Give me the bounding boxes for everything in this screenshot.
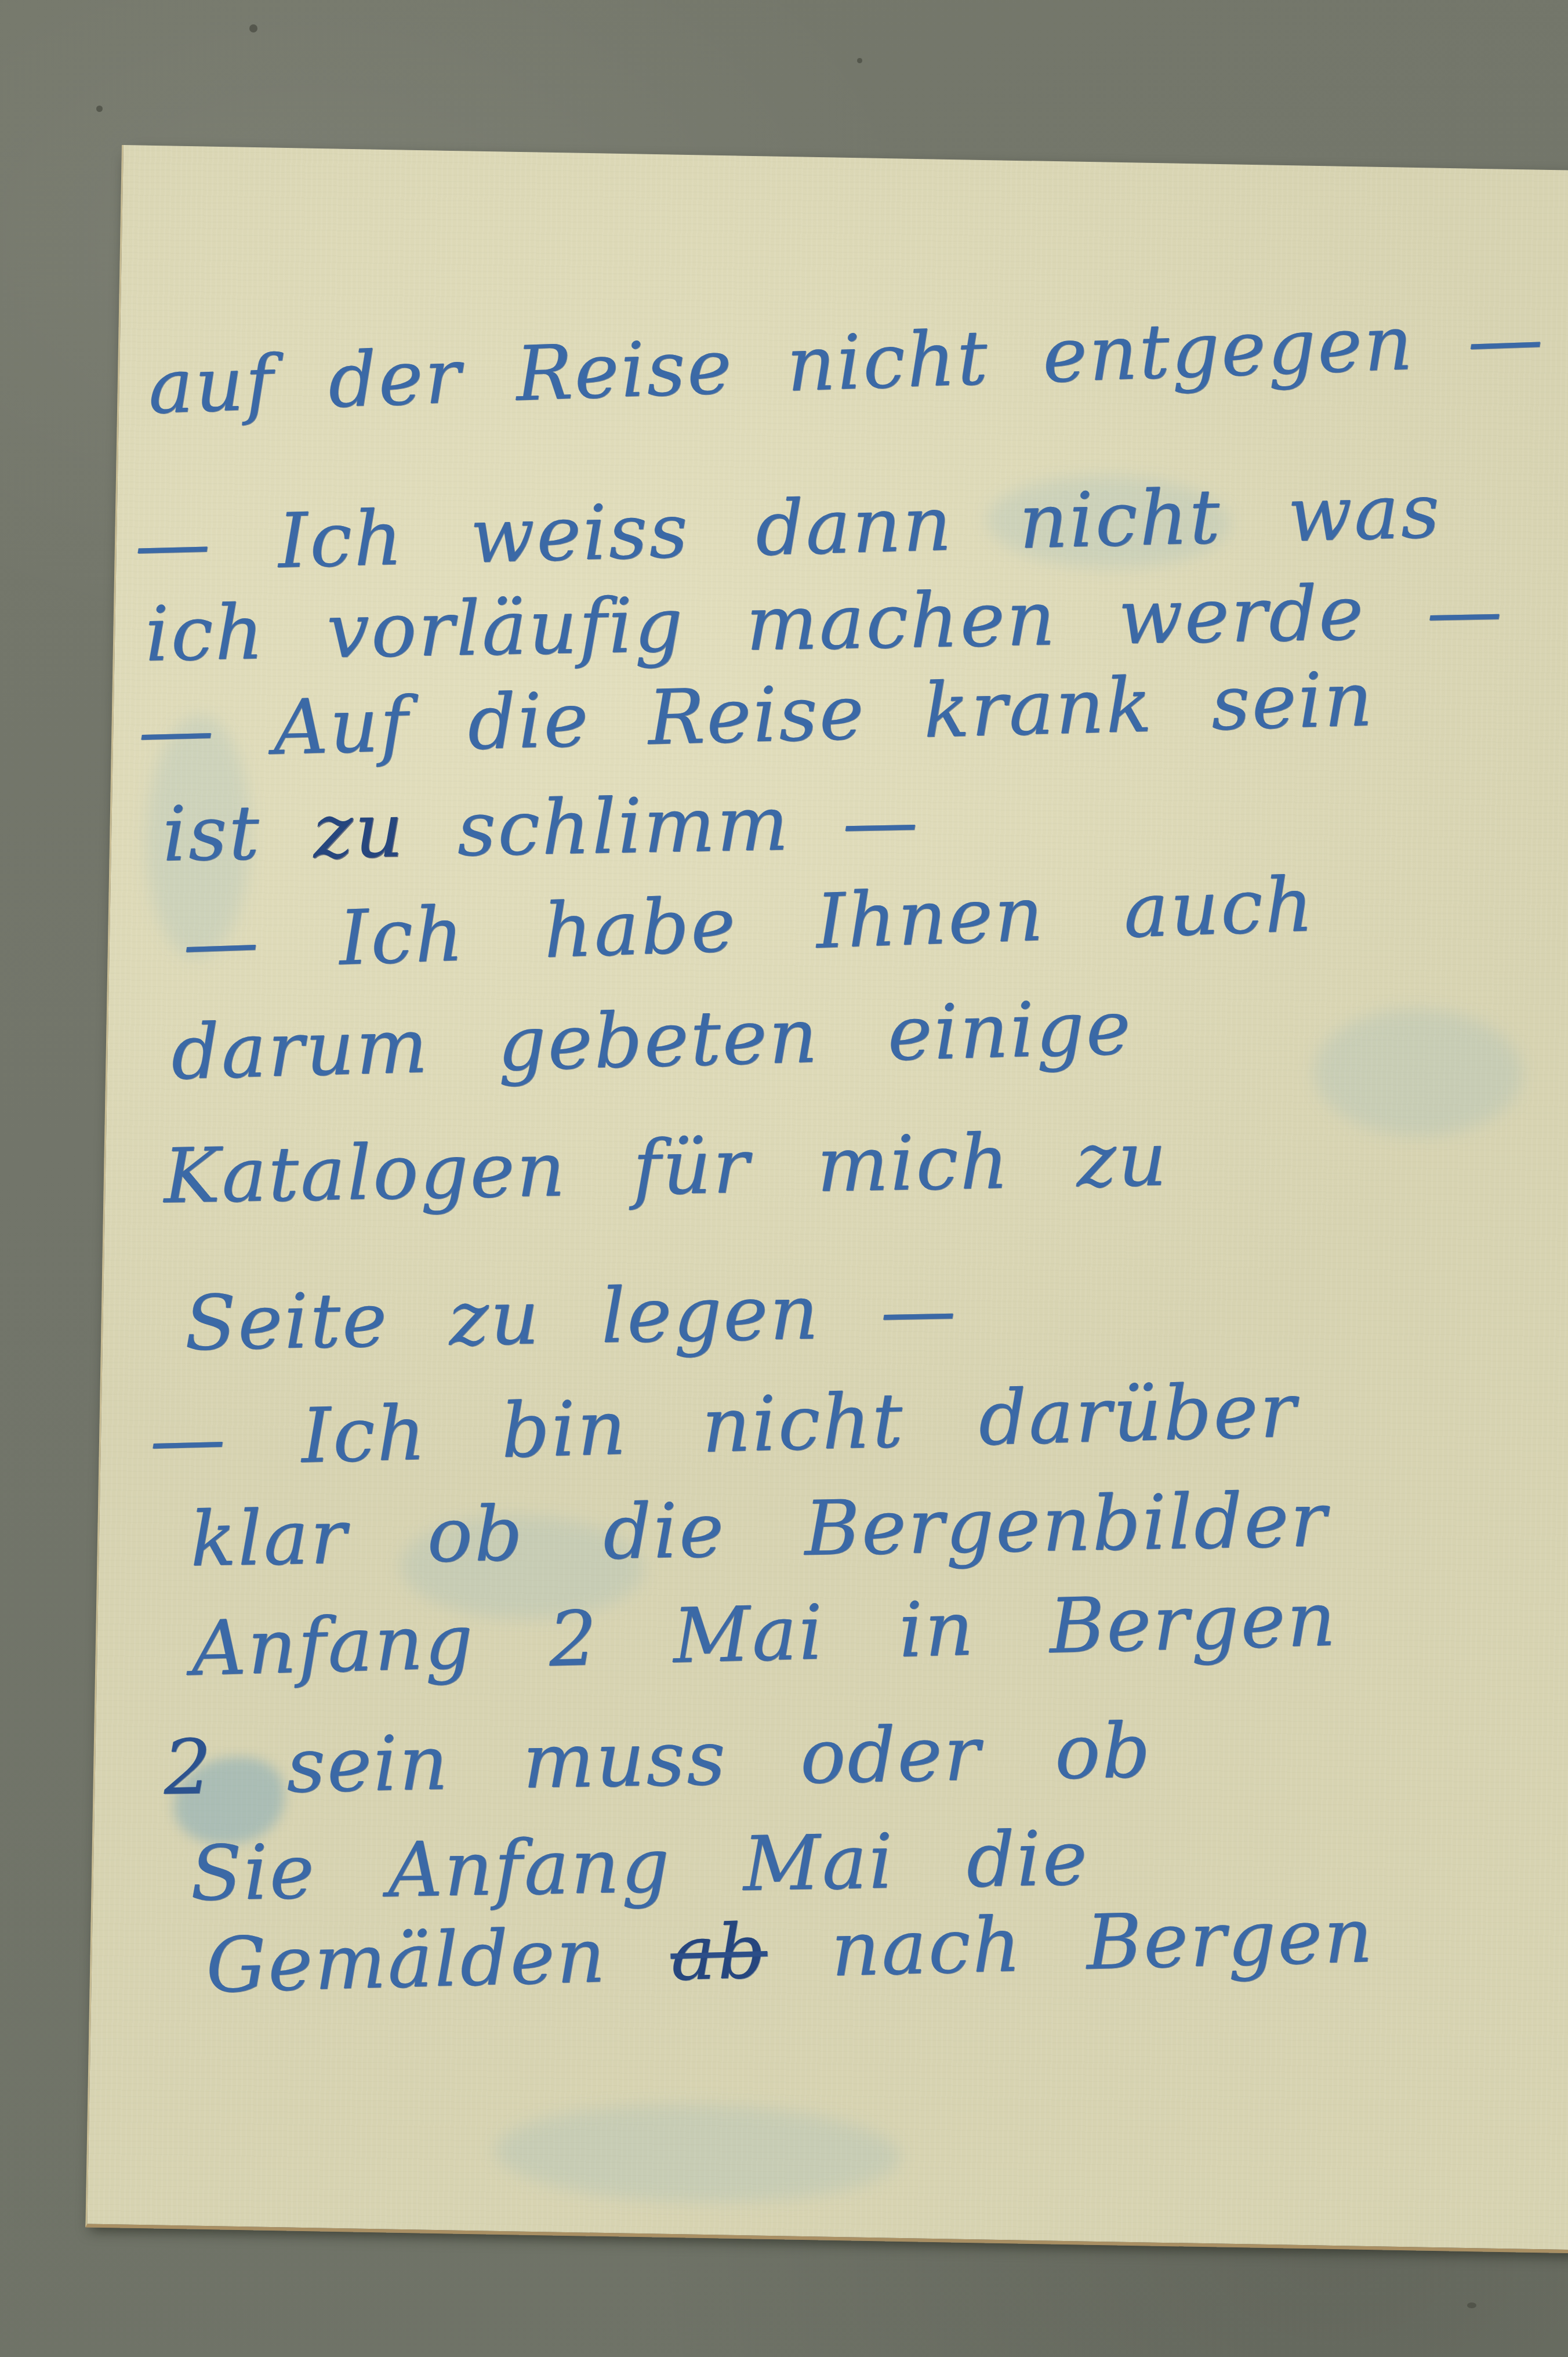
handwritten-line: 2 sein muss oder ob [163,1713,1152,1805]
handwritten-line: — Ich habe Ihnen auch [182,866,1316,981]
handwritten-line: — Ich weiss dann nicht was [134,473,1442,583]
line-text: klar ob die Bergenbilder [190,1475,1329,1583]
handwritten-line: Katalogen für mich zu [163,1121,1169,1214]
inserted-mark: 2 [163,1721,288,1812]
line-text: schlimm — [404,777,920,874]
line-text: Katalogen für mich zu [163,1115,1169,1220]
handwritten-line: — Ich bin nicht darüber [149,1372,1298,1478]
handwritten-line: auf der Reise nicht entgegen — [147,300,1545,425]
handwritten-line: ist zu schlimm — [162,784,920,872]
handwritten-line: Anfang 2 Mai in Bergen [191,1581,1338,1687]
line-text: Anfang 2 Mai in Bergen [190,1575,1338,1693]
line-text: ist [162,788,314,879]
line-text: — Ich habe Ihnen auch [182,860,1316,988]
line-text: darum gebeten einige [170,983,1133,1096]
handwritten-line: klar ob die Bergenbilder [190,1482,1329,1577]
line-text: sein muss oder ob [286,1706,1153,1810]
scanned-letter-photo: { "photo": { "backdrop_color": "#73766a"… [0,0,1568,2357]
handwritten-line: — Auf die Reise krank sein [137,661,1375,769]
struck-word: ab [669,1907,768,1997]
handwritten-line: darum gebeten einige [170,989,1134,1090]
handwritten-line: Seite zu legen — [184,1272,958,1361]
line-text: Gemälden [205,1909,672,2010]
line-text: — Ich bin nicht darüber [148,1366,1298,1484]
handwritten-line: Sie Anfang Mai die [190,1820,1090,1911]
line-text: auf der Reise nicht entgegen — [147,294,1546,431]
line-text: Seite zu legen — [184,1265,959,1367]
line-text: nach Bergen [766,1891,1375,1995]
overinked-word: zu [313,786,406,876]
handwriting-layer: auf der Reise nicht entgegen — — Ich wei… [0,0,1568,2357]
